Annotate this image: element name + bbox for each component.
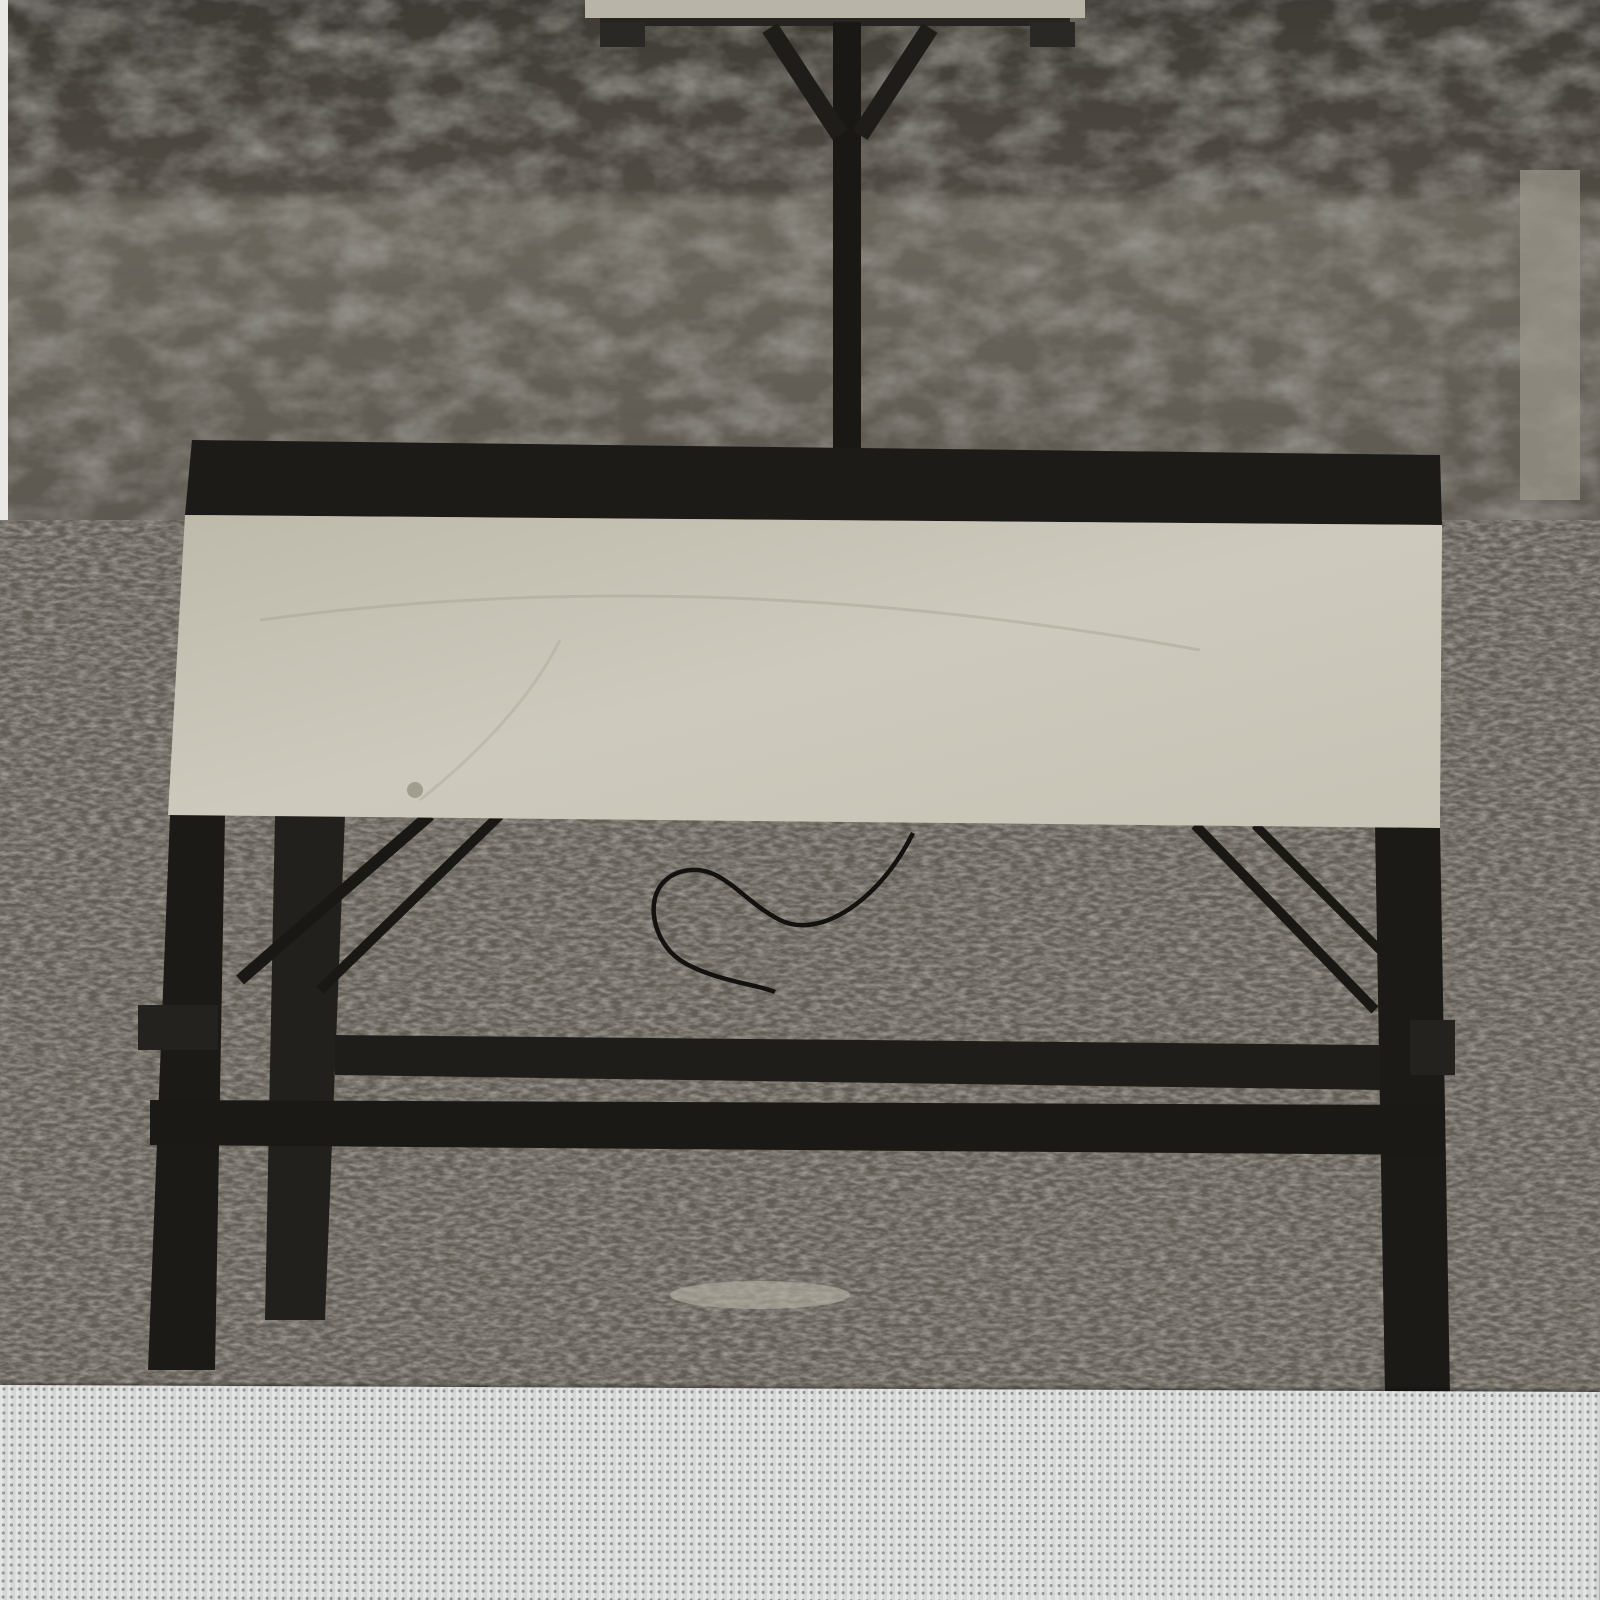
photograph <box>0 0 1600 1395</box>
light-tree-trunk <box>1520 170 1580 500</box>
photo-stage <box>0 0 1600 1600</box>
canvas-mount-texture <box>0 1385 1600 1600</box>
canvas-back-panel <box>168 515 1442 828</box>
photo-scene <box>0 0 1600 1395</box>
